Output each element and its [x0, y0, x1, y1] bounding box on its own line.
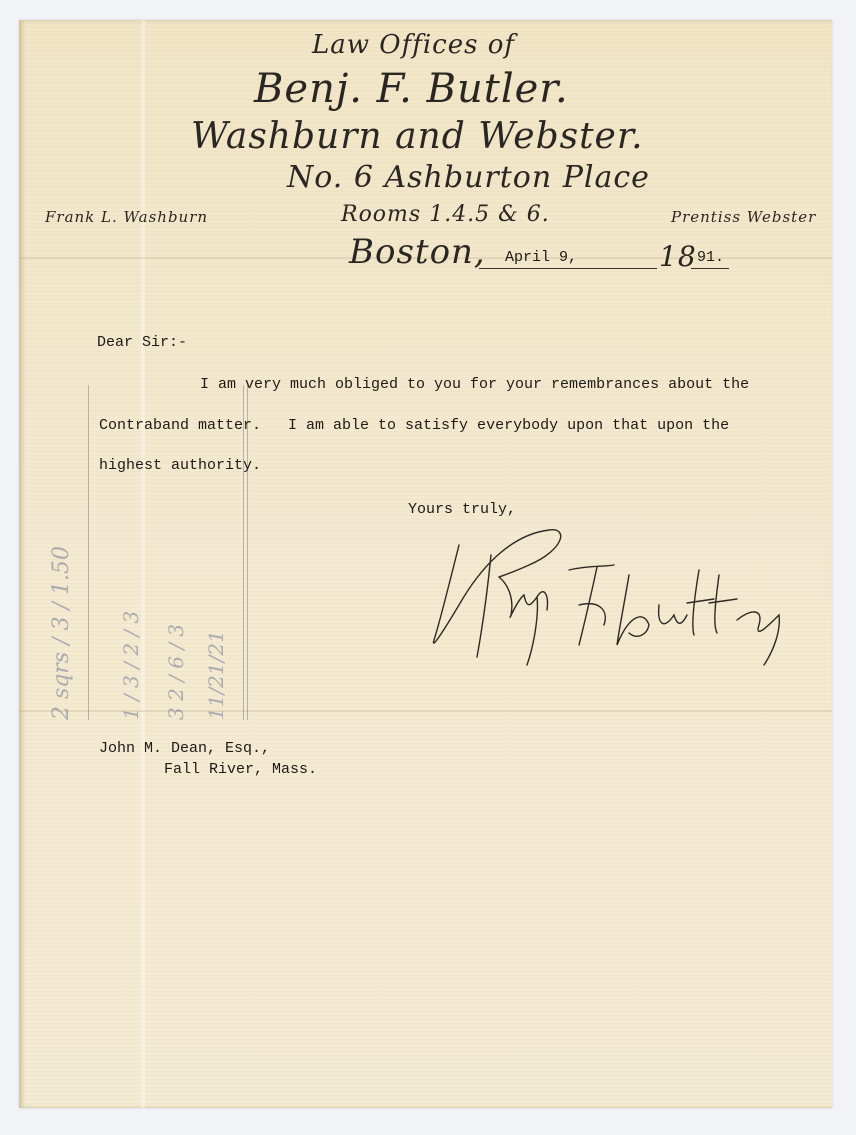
- pencil-note: 2 sqrs / 3 / 1.50: [49, 546, 74, 720]
- salutation: Dear Sir:-: [97, 334, 187, 351]
- year-underline: [691, 268, 729, 269]
- letterhead-left-partner: Frank L. Washburn: [45, 208, 208, 226]
- pencil-note: 11/21/21: [204, 630, 228, 720]
- letter-paper: Law Offices of Benj. F. Butler. Washburn…: [19, 20, 832, 1108]
- margin-rule-line: [243, 385, 244, 720]
- letterhead-city: Boston,: [349, 232, 486, 272]
- signature: [419, 515, 789, 675]
- signature-icon: [419, 515, 789, 675]
- letterhead-right-partner: Prentiss Webster: [671, 208, 816, 226]
- body-line: Contraband matter. I am able to satisfy …: [99, 417, 729, 434]
- letterhead-law-offices: Law Offices of: [312, 30, 515, 60]
- paper-fold-vertical: [141, 20, 145, 1108]
- recipient-name: John M. Dean, Esq.,: [99, 740, 270, 757]
- body-line: I am very much obliged to you for your r…: [200, 376, 749, 393]
- pencil-note: 1 / 3 / 2 / 3: [119, 611, 143, 720]
- margin-rule-line: [247, 385, 248, 720]
- letterhead-address: No. 6 Ashburton Place: [287, 160, 650, 195]
- margin-rule-line: [88, 385, 89, 720]
- letterhead-rooms: Rooms 1.4.5 & 6.: [341, 202, 550, 227]
- letter-year: 91.: [697, 249, 724, 266]
- recipient-location: Fall River, Mass.: [164, 761, 317, 778]
- pencil-note: 3 2 / 6 / 3: [164, 624, 188, 720]
- letter-date: April 9,: [505, 249, 577, 266]
- body-line: highest authority.: [99, 457, 261, 474]
- letterhead-partners: Washburn and Webster.: [191, 116, 644, 157]
- letterhead-firm-name: Benj. F. Butler.: [254, 66, 569, 112]
- date-underline: [479, 268, 657, 269]
